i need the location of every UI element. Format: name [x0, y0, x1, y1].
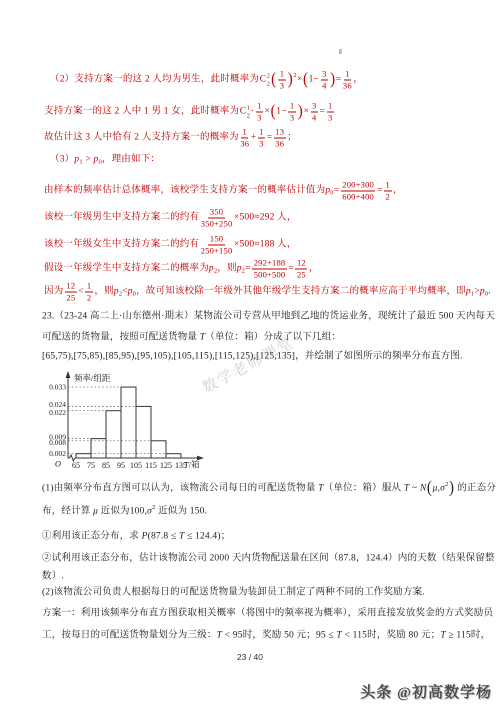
text-run: 布，经计算 [42, 507, 93, 518]
fraction-numerator: 150 [208, 234, 224, 245]
x-axis-label: T/箱 [184, 460, 200, 470]
combination-superscript: 2 [267, 73, 270, 80]
combination-symbol: C12 [240, 105, 251, 120]
text-run: ， [393, 186, 403, 197]
fraction-numerator: 1 [384, 180, 391, 191]
variable-with-subscript: p0 [93, 154, 101, 165]
fraction-denominator: 3 [280, 81, 284, 91]
variable-with-subscript: p0 [480, 286, 488, 297]
big-paren: ) [449, 480, 454, 499]
fraction-denominator: 3 [290, 113, 294, 123]
variable-with-subscript: p1 [74, 154, 82, 165]
y-tick-label: 0.022 [49, 408, 66, 417]
text-line: 数）. [42, 572, 64, 583]
text-run: = [334, 186, 340, 197]
text-line: (1)由频率分布直方图可以认为，该物流公司每日的可配送货物量 T（单位：箱）服从… [42, 480, 496, 497]
histogram-bar [91, 439, 106, 458]
combination-base: C [260, 75, 267, 86]
text-run: （单位：箱）服从 [324, 484, 404, 495]
fraction-numerator: 1 [327, 101, 334, 112]
text-run: × [297, 75, 303, 86]
histogram-bar [151, 441, 166, 458]
text-line: 可配送的货物量，按照可配送货物量 T（单位：箱）分成了以下几组： [42, 333, 341, 344]
fraction-denominator: 36 [275, 139, 284, 149]
histogram-figure: 0.0020.0080.0090.0220.0240.0336575859510… [28, 368, 260, 476]
histogram-bar [76, 454, 91, 458]
text-run: 近似为 150. [156, 507, 208, 518]
text-line: 由样本的频率估计总体概率，该校学生支持方案一的概率估计值为p0=200+3006… [44, 180, 403, 201]
text-line: 假设一年级学生中支持方案二的概率为p2，则p2=292+188500+500=1… [44, 258, 319, 279]
text-run: ； [287, 133, 297, 144]
variable-with-subscript: p0 [325, 185, 333, 196]
text-run: ×500≈188 人， [234, 240, 297, 251]
fraction: 150250+150 [201, 234, 233, 255]
text-run: = [319, 107, 325, 118]
fraction-denominator: 36 [343, 81, 352, 91]
text-run: ，则 [94, 287, 113, 298]
text-run: > [83, 155, 94, 166]
text-run: 近似为100, [98, 507, 147, 518]
fraction-numerator: 12 [295, 258, 307, 269]
text-line: 因为1225<12，则p2<p0，故可知该校除一年级外其他年级学生支持方案二的概… [44, 281, 491, 302]
text-run: （2）支持方案一的这 2 人均为男生，此时概率为 [50, 75, 259, 86]
x-tick-label: 65 [72, 461, 80, 470]
text-line: [65,75),[75,85),[85,95),[95,105),[105,11… [42, 352, 463, 363]
x-tick-label: 95 [117, 461, 125, 470]
text-run: × [265, 107, 271, 118]
text-run: ，故可知该校除一年级外其他年级学生支持方案二的概率应高于平均概率，即 [136, 287, 466, 298]
text-run: 由样本的频率估计总体概率，该校学生支持方案一的概率估计值为 [44, 186, 325, 197]
fraction: 13 [327, 101, 334, 122]
text-run: 23.（23-24 高二上·山东德州·期末）某物流公司专营从甲地到乙地的货运业务… [42, 312, 495, 323]
fraction-denominator: 3 [257, 113, 261, 123]
big-paren: ( [427, 480, 432, 499]
fraction: 350350+250 [201, 207, 233, 228]
text-line: 该校一年级男生中支持方案二的约有350350+250×500≈292 人， [44, 207, 297, 228]
fraction-numerator: 1 [85, 281, 92, 292]
text-run: ×500≈292 人， [234, 213, 297, 224]
text-line: 该校一年级女生中支持方案二的约有150250+150×500≈188 人， [44, 234, 297, 255]
variable: N [420, 484, 427, 495]
text-run: + [251, 133, 257, 144]
combination-indices: 12 [247, 105, 250, 120]
big-paren: ( [271, 103, 276, 122]
fraction-numerator: 350 [208, 207, 224, 218]
histogram-bar [136, 406, 151, 458]
fraction: 13 [278, 69, 285, 90]
combination-base: C [240, 107, 247, 118]
text-run: 工，按每日的可配送货物量划分为三级： [42, 631, 217, 642]
text-run: . [488, 287, 491, 298]
text-run: ~ [409, 484, 420, 495]
text-line: (2)该物流公司负责人根据每日的可配送货物量为装卸员工制定了两种不同的工作奖励方… [42, 588, 425, 599]
fraction-numerator: 292+188 [252, 258, 287, 269]
text-run: ， [353, 75, 363, 86]
text-run: ①利用该正态分布，求 [42, 532, 142, 543]
text-line: （2）支持方案一的这 2 人均为男生，此时概率为C22(13)2×(1−34)=… [50, 69, 363, 90]
fraction-denominator: 4 [322, 81, 326, 91]
toutiao-watermark: 头条 @初高数学杨 [360, 681, 492, 702]
text-run: 1− [309, 75, 320, 86]
text-run: × [303, 107, 309, 118]
combination-symbol: C22 [260, 73, 271, 88]
histogram-svg: 0.0020.0080.0090.0220.0240.0336575859510… [28, 368, 260, 476]
x-tick-label: 105 [130, 461, 142, 470]
y-tick-label: 0.033 [49, 382, 66, 391]
variable-with-subscript: p2 [114, 286, 122, 297]
fraction: 34 [311, 101, 318, 122]
text-line: 布，经计算 μ 近似为100,σ2 近似为 150. [42, 507, 207, 518]
text-run: = [288, 264, 294, 275]
combination-subscript: 2 [267, 80, 270, 87]
stray-mark [339, 49, 342, 54]
text-run: [65,75),[75,85),[85,95),[95,105),[105,11… [42, 352, 463, 363]
variable-with-subscript: p2 [209, 263, 217, 274]
text-line: 支持方案一的这 2 人中 1 男 1 女，此时概率为C12·13×(1−13)×… [44, 101, 336, 122]
y-axis-label: 频率/组距 [74, 373, 111, 383]
x-tick-label: 85 [102, 461, 110, 470]
fraction: 12 [85, 281, 92, 302]
fraction-numerator: 1 [344, 69, 351, 80]
text-line: ①利用该正态分布，求 P(87.8 ≤ T ≤ 124.4)； [42, 532, 230, 543]
fraction-denominator: 3 [259, 139, 263, 149]
text-run: = [377, 186, 383, 197]
fraction: 292+188500+500 [252, 258, 287, 279]
fraction-numerator: 1 [258, 127, 265, 138]
text-run: ≤ 124.4)； [184, 532, 230, 543]
y-tick-label: 0.002 [49, 449, 66, 458]
big-paren: ) [288, 71, 293, 90]
text-run: < 115时，奖励 80 元； [342, 631, 440, 642]
text-run: ≥ 115时， [446, 631, 490, 642]
y-axis-arrow-icon [66, 371, 71, 378]
text-run: · [251, 107, 254, 118]
text-run: 数）. [42, 572, 64, 583]
text-run: 故估计这 3 人中恰有 2 人支持方案一的概率为 [44, 133, 239, 144]
text-run: 1− [276, 107, 287, 118]
text-run: = [245, 264, 251, 275]
text-line: 方案一：利用该频率分布直方图获取相关概率（将图中的频率视为概率），采用直接发放奖… [42, 609, 493, 620]
fraction: 136 [240, 127, 249, 148]
page-number: 23 / 40 [0, 652, 500, 662]
superscript: 2 [293, 72, 296, 79]
text-run: ，理由如下： [102, 155, 160, 166]
text-run: 的正态分 [455, 484, 496, 495]
fraction-numerator: 1 [241, 127, 248, 138]
fraction: 12 [384, 180, 391, 201]
big-paren: ) [298, 103, 303, 122]
text-run: 该校一年级女生中支持方案二的约有 [44, 240, 199, 251]
fraction-numerator: 3 [311, 101, 318, 112]
text-run: ②试利用该正态分布，估计该物流公司 2000 天内货物配送量在区间（87.8，1… [42, 554, 495, 565]
fraction-denominator: 36 [240, 139, 249, 149]
text-run: < [78, 287, 84, 298]
big-paren: ( [271, 71, 276, 90]
variable-with-subscript: p1 [466, 286, 474, 297]
document-page: { "colors":{ "solution_red":"#c00000", "… [0, 0, 500, 707]
fraction-numerator: 1 [288, 101, 295, 112]
text-run: （单位：箱）分成了以下几组： [205, 333, 341, 344]
fraction: 1336 [274, 127, 286, 148]
x-tick-label: 115 [145, 461, 157, 470]
fraction: 200+300600+400 [341, 180, 376, 201]
y-tick-label: 0.024 [49, 400, 66, 409]
fraction-numerator: 200+300 [341, 180, 376, 191]
text-run: 因为 [44, 287, 63, 298]
text-run: 假设一年级学生中支持方案二的概率为 [44, 264, 209, 275]
superscript: 2 [152, 504, 155, 511]
text-line: 23.（23-24 高二上·山东德州·期末）某物流公司专营从甲地到乙地的货运业务… [42, 312, 495, 323]
fraction-numerator: 1 [256, 101, 263, 112]
fraction-denominator: 25 [66, 293, 75, 303]
text-run: 该校一年级男生中支持方案二的约有 [44, 213, 199, 224]
origin-label: O [55, 459, 61, 469]
y-tick-label: 0.009 [49, 432, 66, 441]
fraction-numerator: 13 [274, 127, 286, 138]
fraction-denominator: 2 [386, 192, 390, 202]
fraction-denominator: 600+400 [342, 192, 374, 202]
text-run: < 95时，奖励 50 元；95 ≤ [222, 631, 336, 642]
fraction: 136 [343, 69, 352, 90]
text-run: （3） [50, 155, 74, 166]
fraction: 13 [258, 127, 265, 148]
big-paren: ( [303, 71, 308, 90]
fraction-numerator: 3 [321, 69, 328, 80]
fraction-denominator: 500+500 [254, 270, 286, 280]
text-run: (1)由频率分布直方图可以认为，该物流公司每日的可配送货物量 [42, 484, 318, 495]
fraction-denominator: 250+150 [201, 246, 233, 256]
x-tick-label: 75 [87, 461, 95, 470]
big-paren: ) [330, 71, 335, 90]
text-run: ， [309, 264, 319, 275]
text-run: (2)该物流公司负责人根据每日的可配送货物量为装卸员工制定了两种不同的工作奖励方… [42, 588, 425, 599]
fraction: 13 [288, 101, 295, 122]
fraction: 34 [321, 69, 328, 90]
variable-with-subscript: p2 [237, 263, 245, 274]
superscript: 2 [445, 481, 448, 488]
text-line: 工，按每日的可配送货物量划分为三级：T < 95时，奖励 50 元；95 ≤ T… [42, 631, 490, 642]
x-tick-label: 125 [160, 461, 172, 470]
text-run: 可配送的货物量，按照可配送货物量 [42, 333, 200, 344]
histogram-bar [121, 387, 136, 458]
histogram-bar [106, 411, 121, 458]
text-run: 支持方案一的这 2 人中 1 男 1 女，此时概率为 [44, 107, 239, 118]
variable-with-subscript: p0 [128, 286, 136, 297]
fraction-denominator: 350+250 [201, 219, 233, 229]
text-line: 故估计这 3 人中恰有 2 人支持方案一的概率为136+13=1336； [44, 127, 297, 148]
text-run: = [267, 133, 273, 144]
fraction: 1225 [295, 258, 307, 279]
fraction-denominator: 4 [312, 113, 316, 123]
text-run: ，则 [217, 264, 236, 275]
combination-indices: 22 [267, 73, 270, 88]
fraction: 1225 [65, 281, 77, 302]
fraction-denominator: 2 [87, 293, 91, 303]
combination-superscript: 1 [247, 105, 250, 112]
fraction-numerator: 12 [65, 281, 77, 292]
text-run: 方案一：利用该频率分布直方图获取相关概率（将图中的频率视为概率），采用直接发放奖… [42, 609, 493, 620]
histogram-bar [166, 454, 181, 458]
combination-subscript: 2 [247, 112, 250, 119]
text-run: = [336, 75, 342, 86]
text-line: ②试利用该正态分布，估计该物流公司 2000 天内货物配送量在区间（87.8，1… [42, 554, 495, 565]
fraction-denominator: 3 [328, 113, 332, 123]
fraction: 13 [256, 101, 263, 122]
text-run: (87.8 ≤ [148, 532, 179, 543]
text-line: （3）p1 > p0，理由如下： [50, 154, 160, 165]
fraction-numerator: 1 [278, 69, 285, 80]
fraction-denominator: 25 [297, 270, 306, 280]
